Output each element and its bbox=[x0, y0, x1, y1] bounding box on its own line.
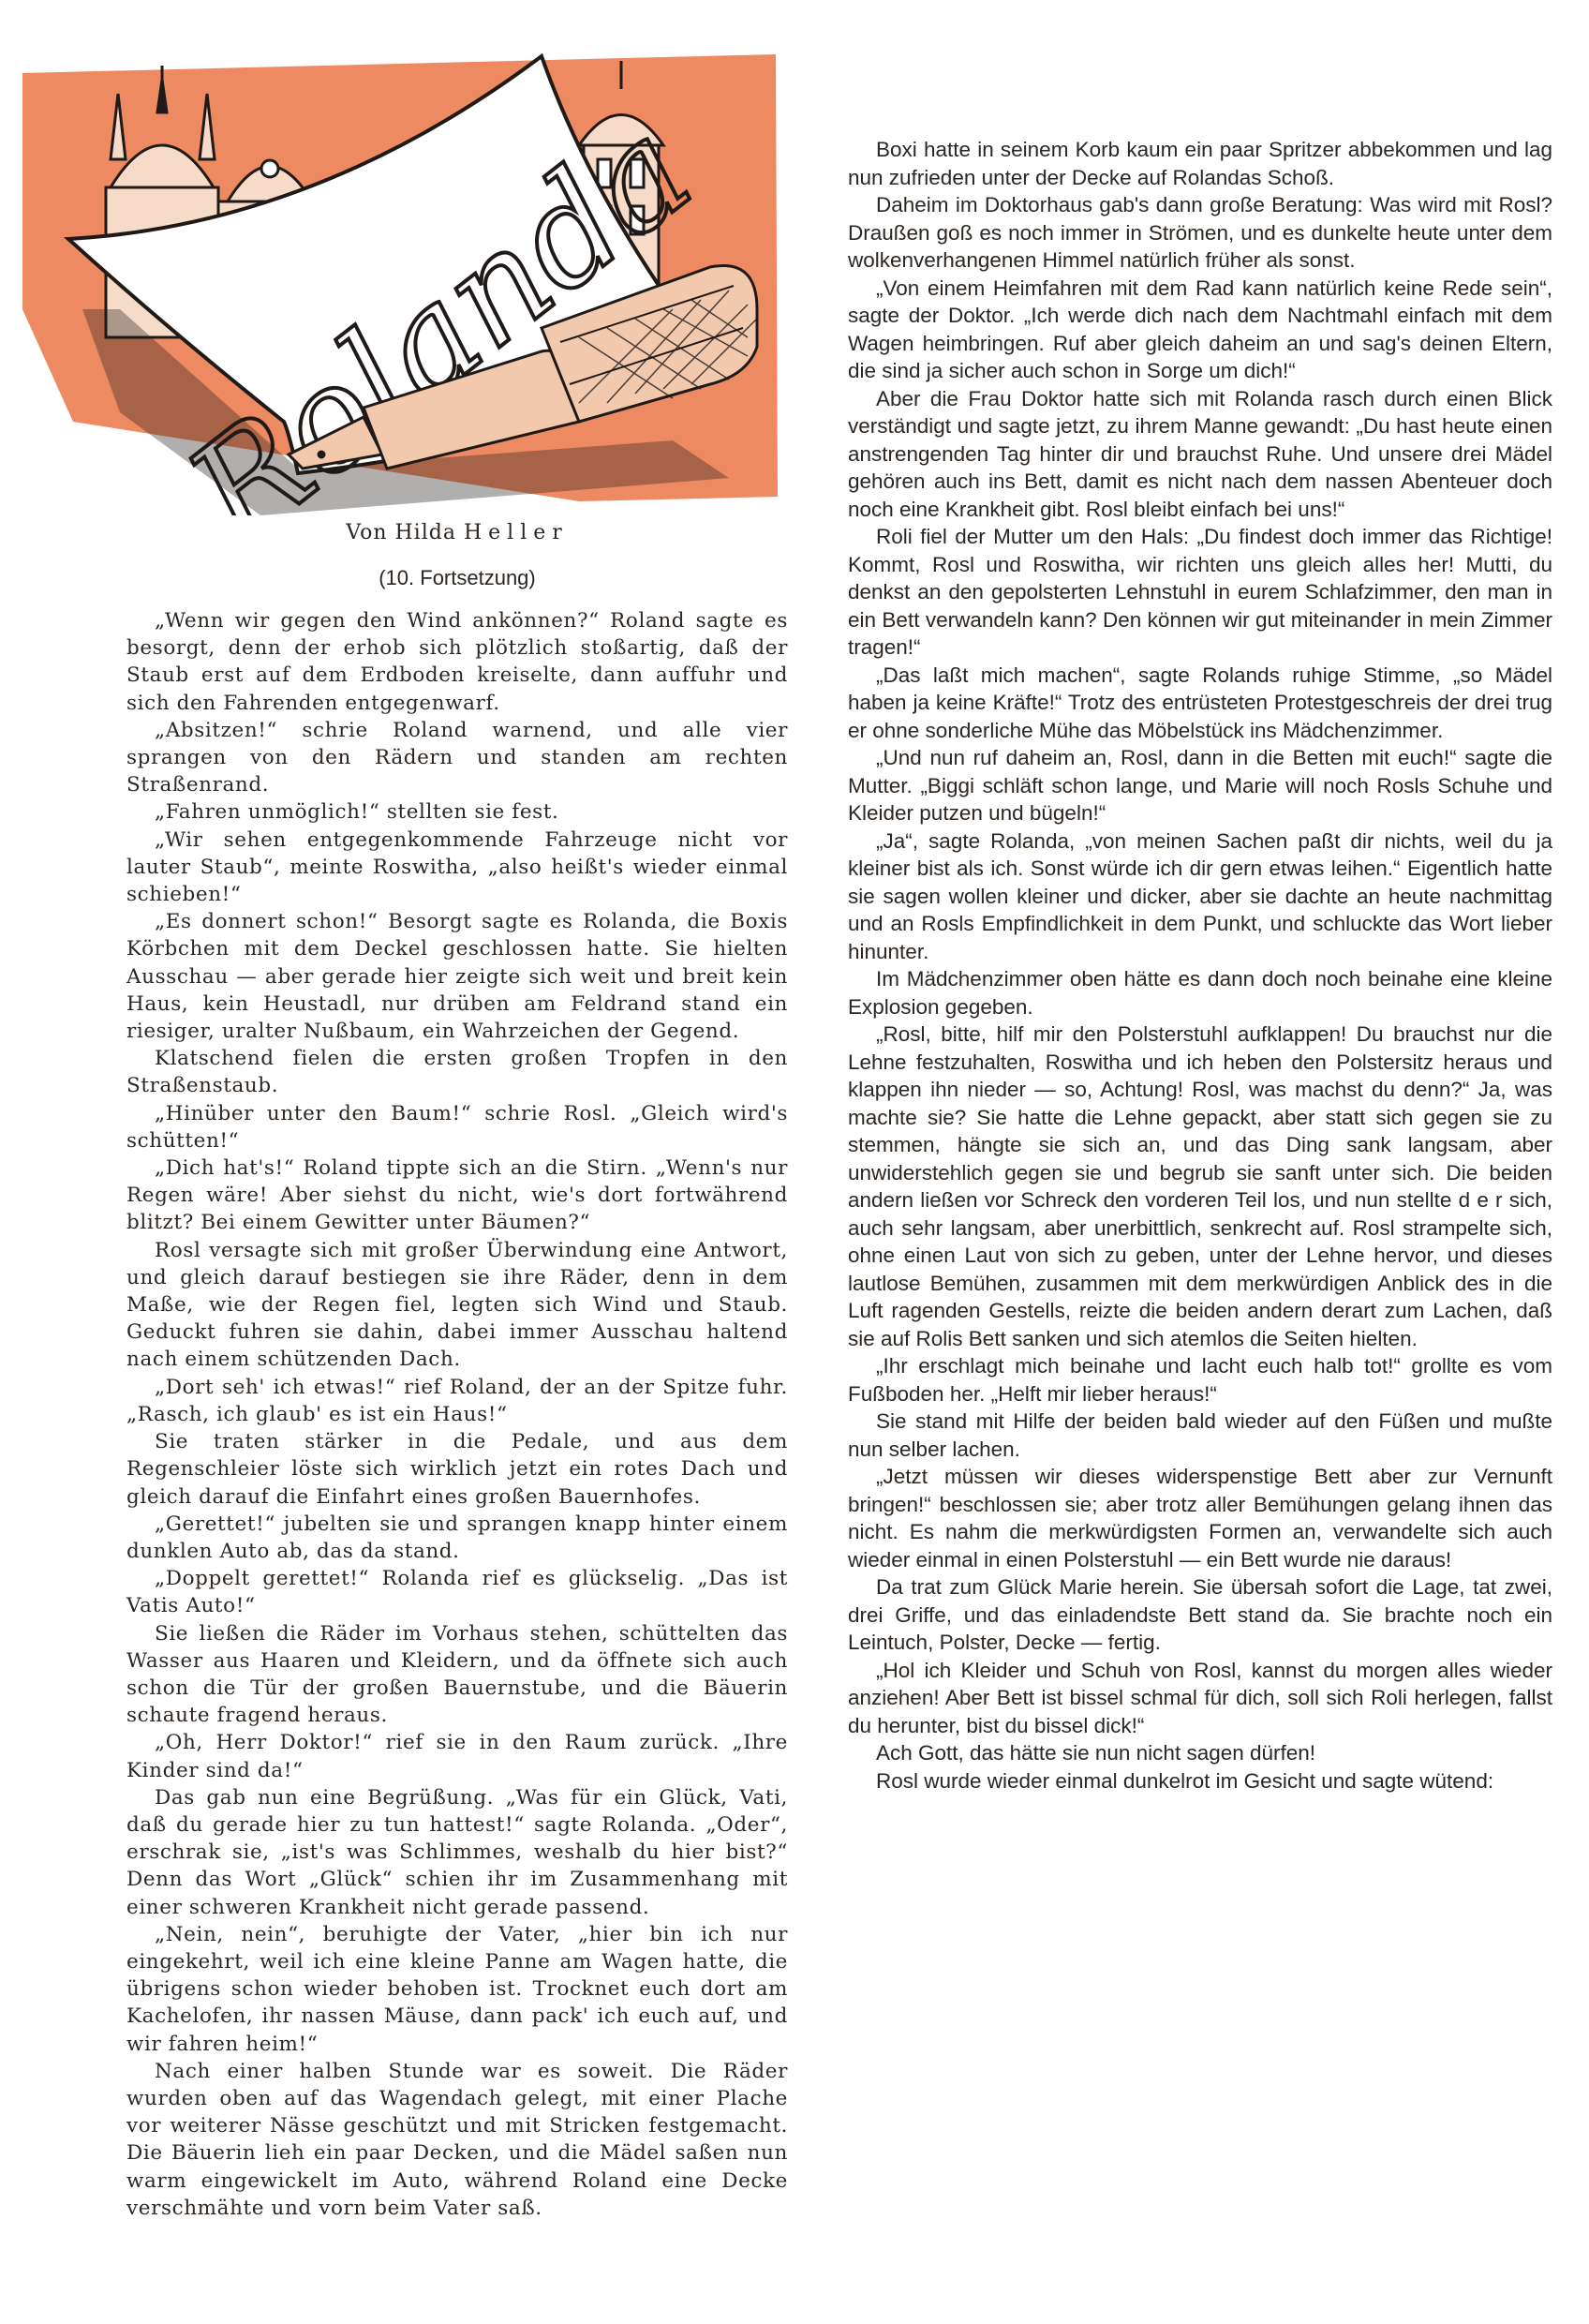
paragraph: „Gerettet!“ jubelten sie und sprangen kn… bbox=[126, 1511, 788, 1565]
right-text-column: Boxi hatte in seinem Korb kaum ein paar … bbox=[848, 136, 1552, 1795]
paragraph: Roli fiel der Mutter um den Hals: „Du fi… bbox=[848, 523, 1552, 662]
paragraph: „Und nun ruf daheim an, Rosl, dann in di… bbox=[848, 744, 1552, 827]
paragraph: Rosl versagte sich mit großer Überwindun… bbox=[126, 1237, 788, 1374]
paragraph: „Das laßt mich machen“, sagte Rolands ru… bbox=[848, 662, 1552, 745]
paragraph: „Wenn wir gegen den Wind ankönnen?“ Rola… bbox=[126, 607, 788, 717]
paragraph: „Ja“, sagte Rolanda, „von meinen Sachen … bbox=[848, 827, 1552, 966]
paragraph: Sie traten stärker in die Pedale, und au… bbox=[126, 1428, 788, 1511]
paragraph: Aber die Frau Doktor hatte sich mit Rola… bbox=[848, 385, 1552, 524]
paragraph: Rosl wurde wieder einmal dunkelrot im Ge… bbox=[848, 1767, 1552, 1795]
paragraph: Sie ließen die Räder im Vorhaus stehen, … bbox=[126, 1620, 788, 1730]
rolanda-title-art: Rolanda bbox=[17, 28, 785, 515]
paragraph: „Es donnert schon!“ Besorgt sagte es Rol… bbox=[126, 908, 788, 1045]
paragraph: „Hol ich Kleider und Schuh von Rosl, kan… bbox=[848, 1657, 1552, 1740]
left-text-column: „Wenn wir gegen den Wind ankönnen?“ Rola… bbox=[126, 607, 788, 2222]
paragraph: Ach Gott, das hätte sie nun nicht sagen … bbox=[848, 1739, 1552, 1767]
paragraph: Da trat zum Glück Marie herein. Sie über… bbox=[848, 1573, 1552, 1657]
paragraph: „Von einem Heimfahren mit dem Rad kann n… bbox=[848, 275, 1552, 385]
paragraph: Nach einer halben Stunde war es soweit. … bbox=[126, 2058, 788, 2222]
paragraph: „Wir sehen entgegenkommende Fahrzeuge ni… bbox=[126, 827, 788, 909]
title-illustration: Rolanda bbox=[17, 28, 785, 515]
paragraph: „Rosl, bitte, hilf mir den Polsterstuhl … bbox=[848, 1020, 1552, 1352]
paragraph: „Dort seh' ich etwas!“ rief Roland, der … bbox=[126, 1374, 788, 1428]
author-byline: Von Hilda Heller bbox=[126, 521, 788, 544]
paragraph: „Doppelt gerettet!“ Rolanda rief es glüc… bbox=[126, 1565, 788, 1619]
paragraph: „Hinüber unter den Baum!“ schrie Rosl. „… bbox=[126, 1100, 788, 1155]
paragraph: „Dich hat's!“ Roland tippte sich an die … bbox=[126, 1155, 788, 1237]
paragraph: Daheim im Doktorhaus gab's dann große Be… bbox=[848, 191, 1552, 275]
paragraph: Boxi hatte in seinem Korb kaum ein paar … bbox=[848, 136, 1552, 191]
paragraph: „Ihr erschlagt mich beinahe und lacht eu… bbox=[848, 1352, 1552, 1408]
installment-label: (10. Fortsetzung) bbox=[126, 566, 788, 590]
paragraph: Sie stand mit Hilfe der beiden bald wied… bbox=[848, 1408, 1552, 1463]
author-prefix: Von Hilda bbox=[346, 521, 456, 544]
paragraph: Im Mädchenzimmer oben hätte es dann doch… bbox=[848, 965, 1552, 1020]
paragraph: „Oh, Herr Doktor!“ rief sie in den Raum … bbox=[126, 1729, 788, 1783]
paragraph: „Absitzen!“ schrie Roland warnend, und a… bbox=[126, 717, 788, 799]
paragraph: Klatschend fielen die ersten großen Trop… bbox=[126, 1045, 788, 1099]
paragraph: „Jetzt müssen wir dieses widerspenstige … bbox=[848, 1463, 1552, 1573]
paragraph: „Nein, nein“, beruhigte der Vater, „hier… bbox=[126, 1921, 788, 2058]
paragraph: Das gab nun eine Begrüßung. „Was für ein… bbox=[126, 1784, 788, 1921]
paragraph: „Fahren unmöglich!“ stellten sie fest. bbox=[126, 798, 788, 826]
author-name: Heller bbox=[464, 521, 569, 544]
